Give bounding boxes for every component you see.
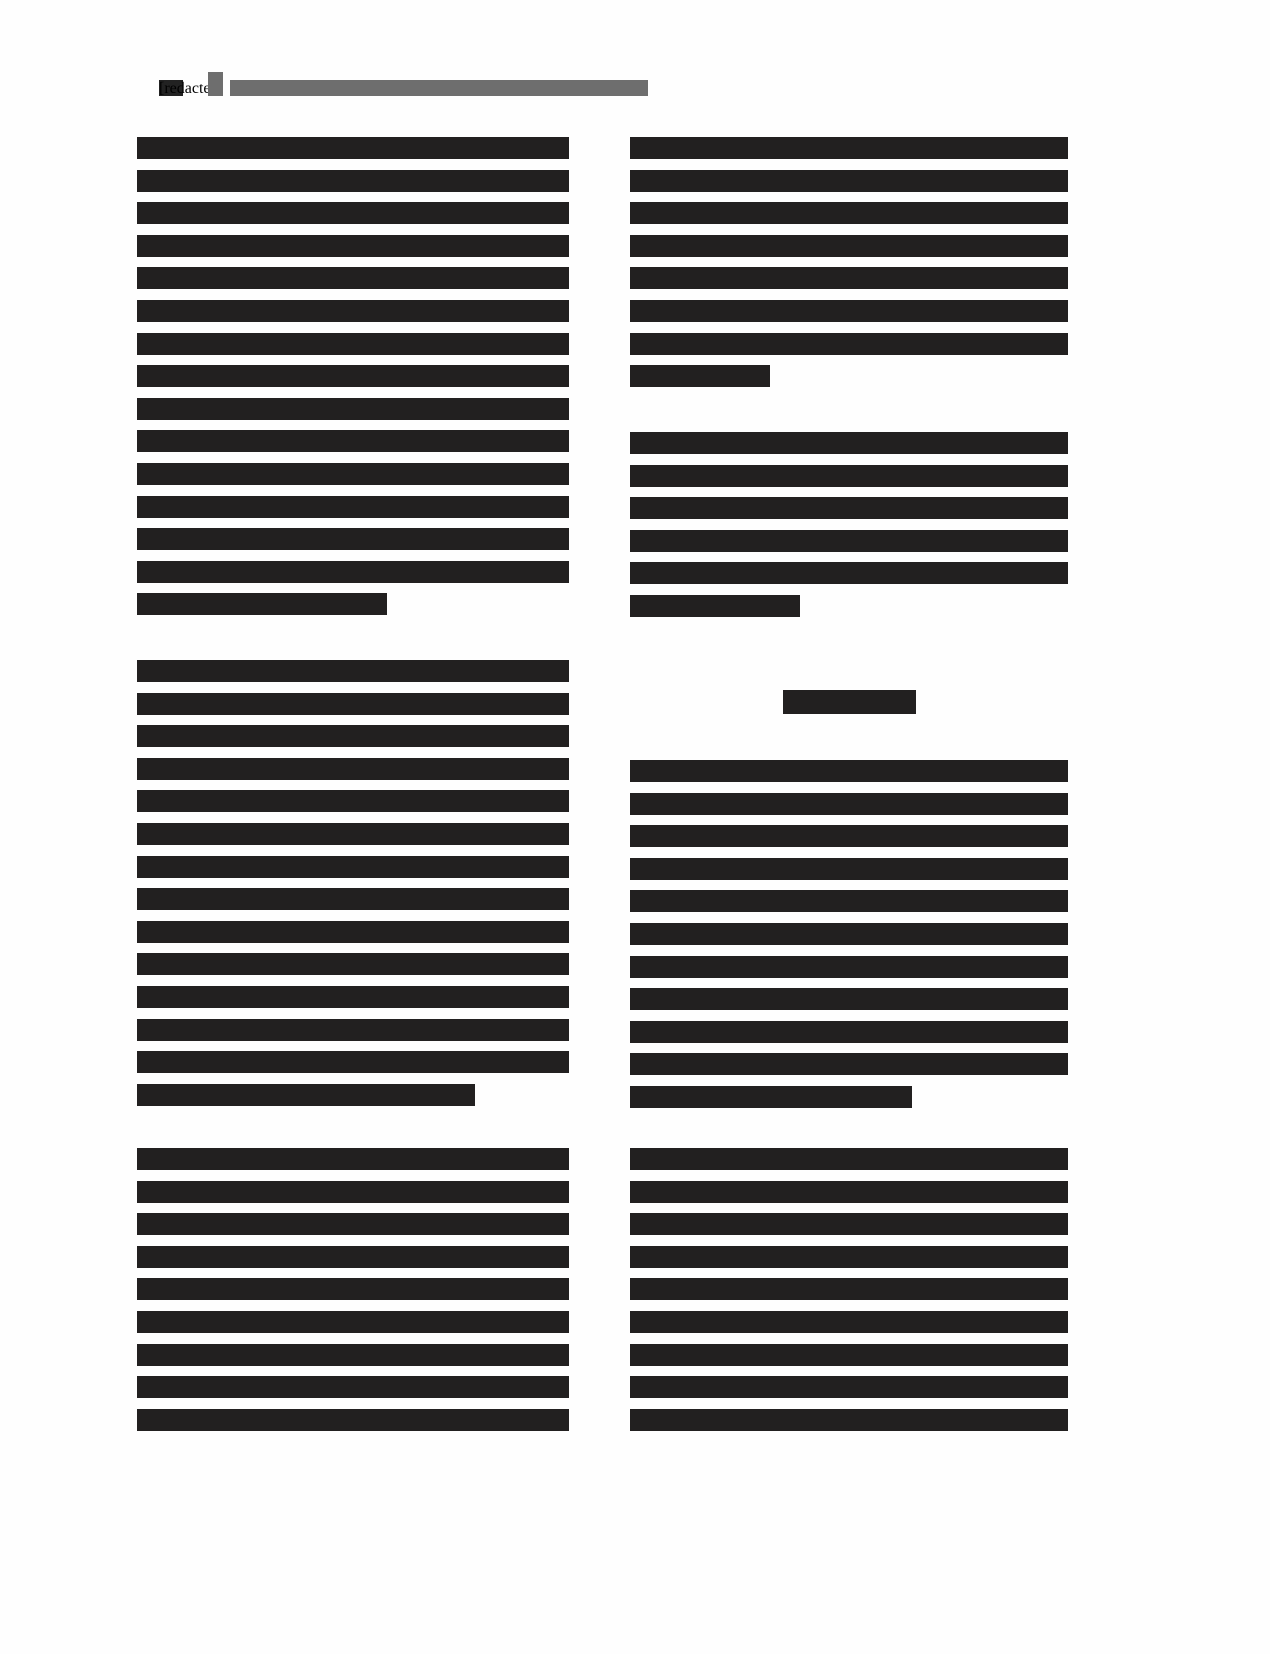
left-column: [137, 137, 569, 626]
text-line: [137, 561, 569, 583]
text-line: [137, 921, 569, 943]
text-line: [137, 1409, 569, 1431]
text-line: [137, 1051, 569, 1073]
text-line: [630, 1409, 1068, 1431]
left-column-p3: [137, 1148, 569, 1441]
text-line: [630, 1148, 1068, 1170]
text-line: [137, 1278, 569, 1300]
text-line: [630, 365, 770, 387]
text-line: [137, 333, 569, 355]
text-line: [137, 430, 569, 452]
text-line: [630, 1376, 1068, 1398]
text-line: [137, 170, 569, 192]
text-line: [137, 758, 569, 780]
paragraph: [630, 1148, 1068, 1431]
right-column-p4: [630, 1148, 1068, 1441]
text-line: [137, 300, 569, 322]
text-line: [630, 1278, 1068, 1300]
text-line: [630, 1246, 1068, 1268]
text-line: [137, 267, 569, 289]
text-line: [137, 725, 569, 747]
text-line: [137, 660, 569, 682]
text-line: [630, 1053, 1068, 1075]
text-line: [137, 986, 569, 1008]
text-line: [630, 858, 1068, 880]
text-line: [137, 953, 569, 975]
text-line: [630, 1344, 1068, 1366]
text-line: [137, 137, 569, 159]
text-line: [630, 267, 1068, 289]
text-line: [630, 793, 1068, 815]
text-line: [137, 1246, 569, 1268]
text-line: [137, 593, 387, 615]
text-line: [630, 562, 1068, 584]
page-number: [redacted]: [159, 80, 183, 96]
text-line: [137, 1181, 569, 1203]
text-line: [137, 1344, 569, 1366]
text-line: [630, 333, 1068, 355]
text-line: [630, 235, 1068, 257]
paragraph: [137, 660, 569, 1106]
text-line: [137, 888, 569, 910]
text-line: [137, 463, 569, 485]
text-line: [137, 1148, 569, 1170]
text-line: [137, 496, 569, 518]
text-line: [630, 1311, 1068, 1333]
text-line: [630, 1086, 912, 1108]
paragraph: [630, 432, 1068, 617]
text-line: [137, 856, 569, 878]
left-column-p2: [137, 660, 569, 1116]
text-line: [630, 202, 1068, 224]
paragraph: [137, 137, 569, 615]
right-column: [630, 137, 1068, 398]
section-heading: [redacted heading]: [783, 690, 916, 714]
text-line: [630, 760, 1068, 782]
text-line: [630, 1021, 1068, 1043]
right-column-p3: [630, 760, 1068, 1119]
text-line: [137, 1213, 569, 1235]
text-line: [137, 528, 569, 550]
text-line: [137, 1311, 569, 1333]
text-line: [630, 595, 800, 617]
text-line: [630, 432, 1068, 454]
text-line: [630, 530, 1068, 552]
text-line: [630, 956, 1068, 978]
text-line: [137, 1084, 475, 1106]
text-line: [630, 825, 1068, 847]
text-line: [137, 365, 569, 387]
text-line: [630, 300, 1068, 322]
text-line: [137, 398, 569, 420]
text-line: [630, 988, 1068, 1010]
text-line: [137, 202, 569, 224]
text-line: [630, 890, 1068, 912]
text-line: [137, 693, 569, 715]
header-rule-marker: [208, 72, 223, 96]
text-line: [630, 170, 1068, 192]
text-line: [630, 465, 1068, 487]
paragraph: [630, 137, 1068, 387]
text-line: [630, 1213, 1068, 1235]
text-line: [137, 790, 569, 812]
right-column-p2: [630, 432, 1068, 628]
paragraph: [137, 1148, 569, 1431]
text-line: [630, 137, 1068, 159]
text-line: [137, 823, 569, 845]
text-line: [137, 235, 569, 257]
text-line: [137, 1019, 569, 1041]
text-line: [137, 1376, 569, 1398]
text-line: [630, 497, 1068, 519]
text-line: [630, 923, 1068, 945]
paragraph: [630, 760, 1068, 1108]
text-line: [630, 1181, 1068, 1203]
running-header: [redacted running header]: [230, 80, 648, 96]
